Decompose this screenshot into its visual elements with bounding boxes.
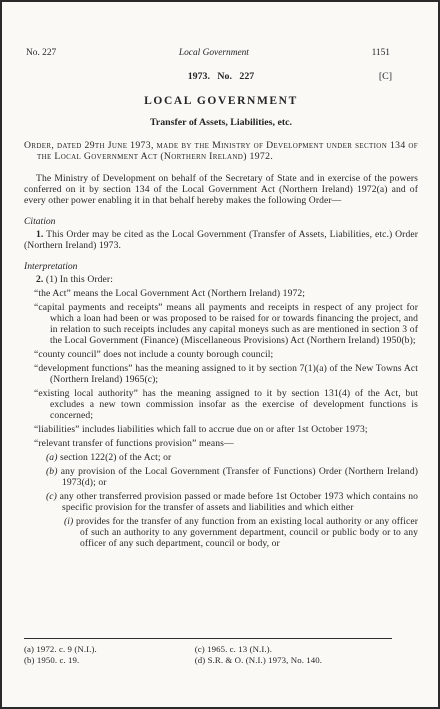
citation-heading: Citation xyxy=(24,216,418,227)
interpretation-intro-text: (1) In this Order: xyxy=(46,274,113,285)
item-a-text: section 122(2) of the Act; or xyxy=(60,452,171,463)
issue-number: No. 227 xyxy=(26,48,56,59)
definition-the-act: “the Act” means the Local Government Act… xyxy=(34,288,418,299)
item-b-text: any provision of the Local Government (T… xyxy=(61,466,418,488)
item-a-label: (a) xyxy=(46,452,58,463)
definition-county-council: “county council” does not include a coun… xyxy=(34,349,418,360)
footnote-d: (d) S.R. & O. (N.I.) 1973, No. 140. xyxy=(195,655,412,666)
classification-mark: [C] xyxy=(379,71,392,82)
order-number: 1973. No. 227 xyxy=(188,71,255,82)
interpretation-intro: 2. (1) In this Order: xyxy=(24,274,418,285)
definition-liabilities: “liabilities” includes liabilities which… xyxy=(34,424,418,435)
order-number-row: 1973. No. 227 [C] xyxy=(24,71,418,82)
citation-text: This Order may be cited as the Local Gov… xyxy=(24,229,418,251)
footnote-c: (c) 1965. c. 13 (N.I.). xyxy=(195,644,412,655)
footnote-rule xyxy=(24,638,392,639)
preamble-paragraph: The Ministry of Development on behalf of… xyxy=(24,173,418,206)
item-i-label: (i) xyxy=(64,516,73,527)
definition-existing-local-authority: “existing local authority” has the meani… xyxy=(34,388,418,421)
list-item-i: (i) provides for the transfer of any fun… xyxy=(64,516,418,549)
document-subtitle: Transfer of Assets, Liabilities, etc. xyxy=(24,117,418,128)
footnote-area: (a) 1972. c. 9 (N.I.). (b) 1950. c. 19. … xyxy=(24,638,412,665)
running-header: No. 227 Local Government 1151 xyxy=(24,48,418,59)
document-title: LOCAL GOVERNMENT xyxy=(24,95,418,108)
definition-capital-payments: “capital payments and receipts” means al… xyxy=(34,302,418,346)
article-2-number: 2. xyxy=(36,274,43,285)
citation-paragraph: 1. This Order may be cited as the Local … xyxy=(24,229,418,251)
definition-development-functions: “development functions” has the meaning … xyxy=(34,363,418,385)
running-title: Local Government xyxy=(179,48,249,59)
page-number: 1151 xyxy=(372,48,390,59)
list-item-b: (b) any provision of the Local Governmen… xyxy=(46,466,418,488)
interpretation-heading: Interpretation xyxy=(24,261,418,272)
article-1-number: 1. xyxy=(36,229,43,240)
list-item-a: (a) section 122(2) of the Act; or xyxy=(46,452,418,463)
definition-relevant-transfer: “relevant transfer of functions provisio… xyxy=(34,438,418,449)
order-caption: Order, dated 29th June 1973, made by the… xyxy=(24,140,418,163)
item-b-label: (b) xyxy=(46,466,58,477)
list-item-c: (c) any other transferred provision pass… xyxy=(46,491,418,513)
item-c-text: any other transferred provision passed o… xyxy=(60,491,418,513)
statutory-order-page: No. 227 Local Government 1151 1973. No. … xyxy=(0,0,440,709)
footnote-b: (b) 1950. c. 19. xyxy=(24,655,195,666)
item-c-label: (c) xyxy=(46,491,57,502)
footnote-a: (a) 1972. c. 9 (N.I.). xyxy=(24,644,195,655)
item-i-text: provides for the transfer of any functio… xyxy=(76,516,418,549)
